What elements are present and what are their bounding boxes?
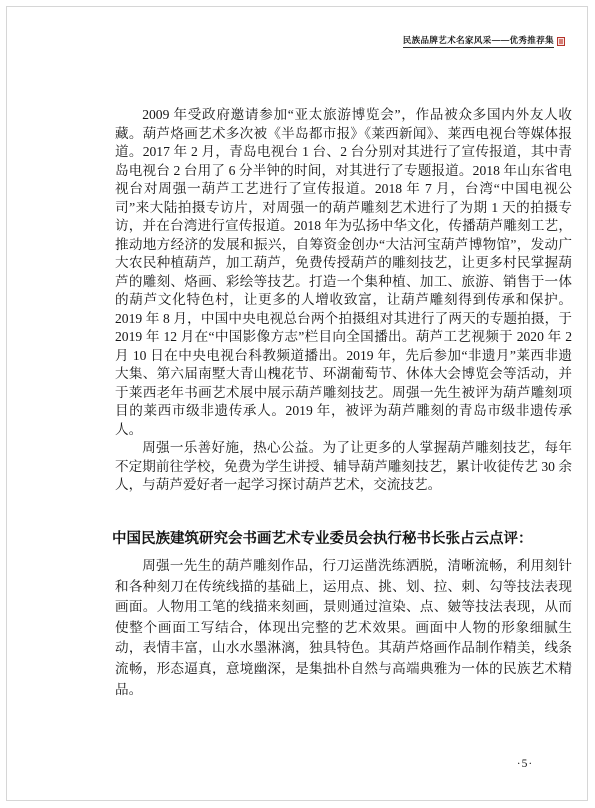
commentary-block: 周强一先生的葫芦雕刻作品，行刀运凿洗练洒脱，清晰流畅，利用刻针和各种刻刀在传统线…	[115, 556, 572, 700]
red-seal-icon	[557, 37, 565, 46]
biography-paragraph-2: 周强一乐善好施，热心公益。为了让更多的人掌握葫芦雕刻技艺，每年不定期前往学校，免…	[115, 439, 572, 495]
running-head-title: 民族品牌艺术名家风采——优秀推荐集	[403, 34, 554, 48]
page-number: ·5·	[504, 758, 546, 770]
biography-paragraph-1: 2009 年受政府邀请参加“亚太旅游博览会”，作品被众多国内外友人收藏。葫芦烙画…	[115, 106, 572, 439]
running-head: 民族品牌艺术名家风采——优秀推荐集	[403, 34, 565, 48]
main-text-block: 2009 年受政府邀请参加“亚太旅游博览会”，作品被众多国内外友人收藏。葫芦烙画…	[115, 106, 572, 495]
commentary-paragraph: 周强一先生的葫芦雕刻作品，行刀运凿洗练洒脱，清晰流畅，利用刻针和各种刻刀在传统线…	[115, 556, 572, 700]
document-page: { "page": { "header": { "running_title":…	[0, 0, 595, 808]
commentary-heading: 中国民族建筑研究会书画艺术专业委员会执行秘书长张占云点评：	[112, 530, 572, 548]
